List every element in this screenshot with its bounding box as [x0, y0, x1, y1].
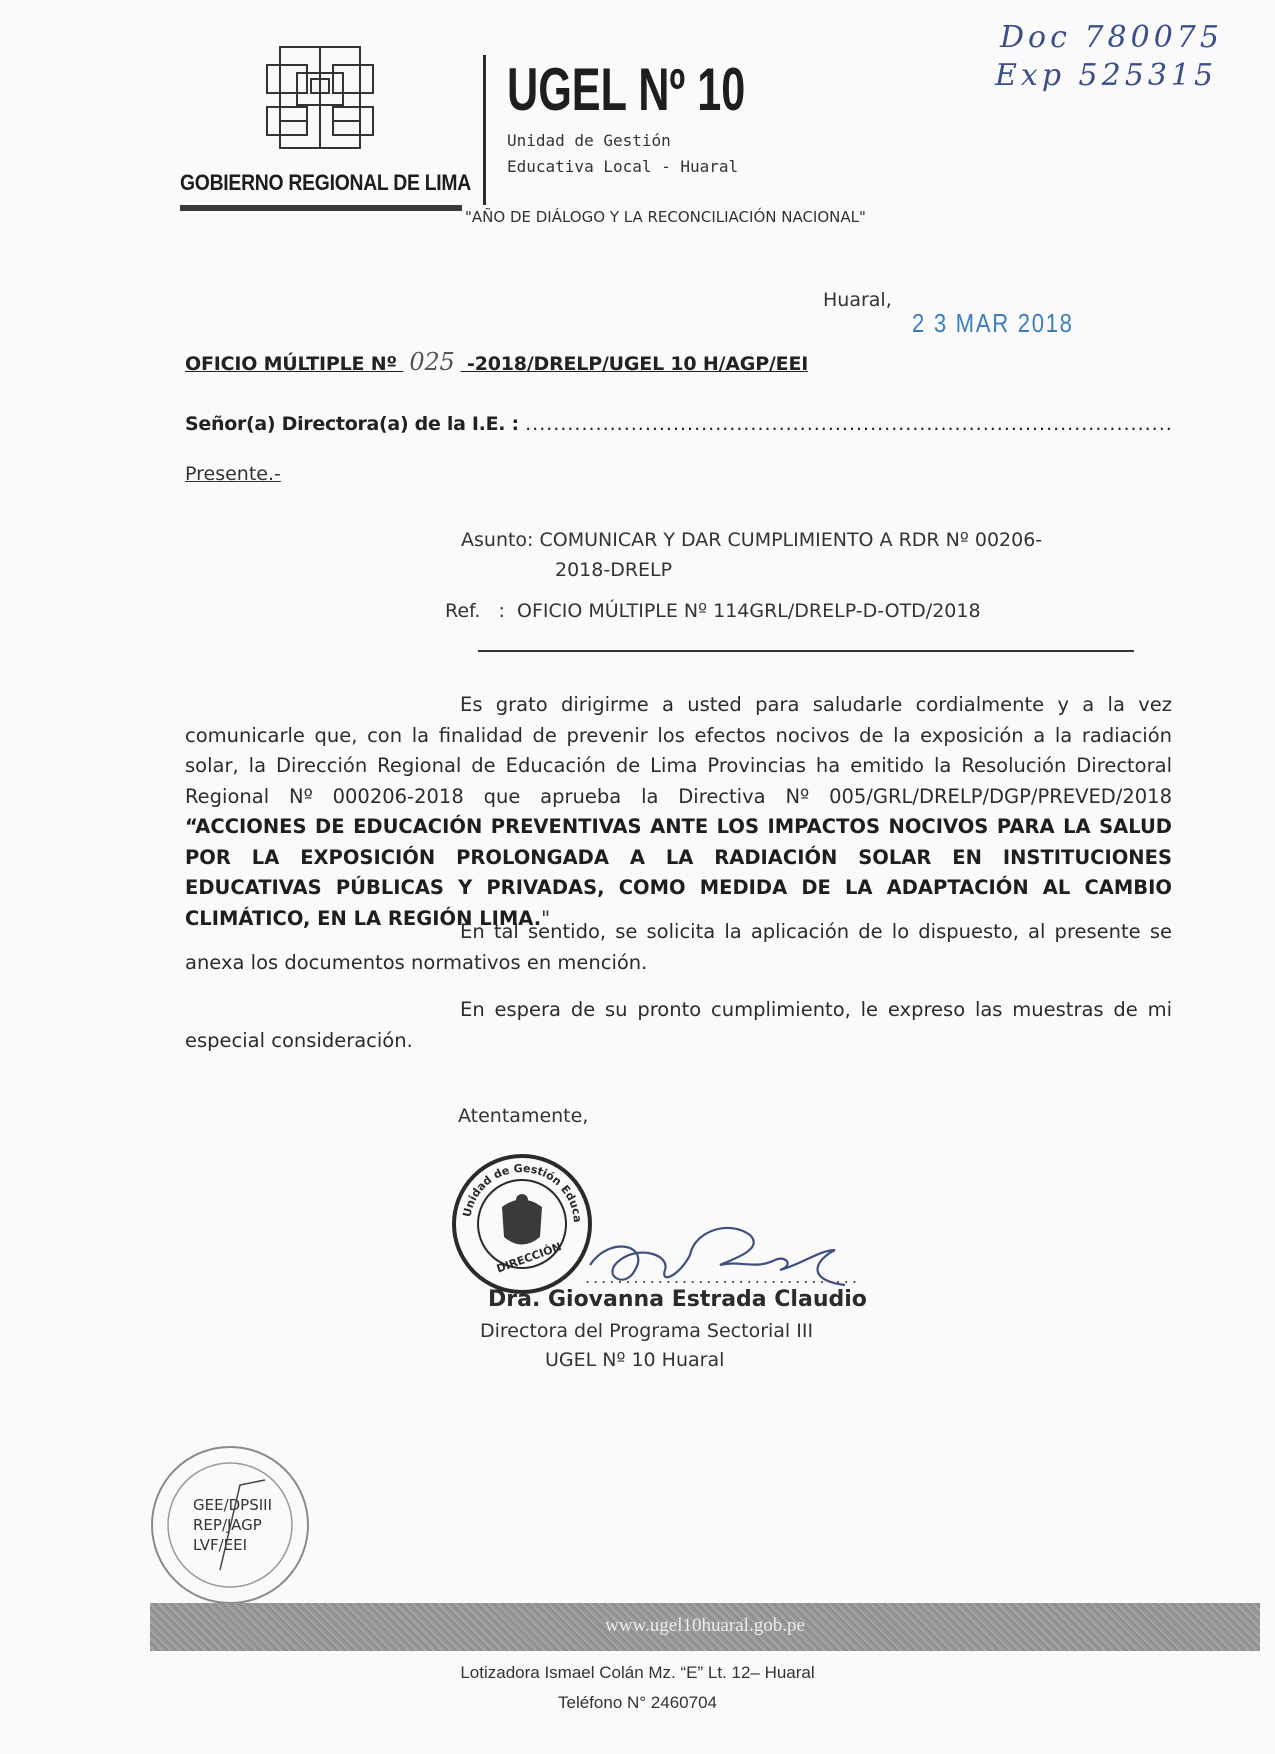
unit-subtitle-line2: Educativa Local - Huaral [507, 154, 738, 180]
footer-bar: www.ugel10huaral.gob.pe [150, 1603, 1260, 1651]
unit-subtitle-line1: Unidad de Gestión [507, 128, 671, 154]
handwritten-exp-number: Exp 525315 [995, 58, 1217, 93]
subject: Asunto: COMUNICAR Y DAR CUMPLIMIENTO A R… [461, 525, 1181, 585]
handwritten-doc-number: Doc 780075 [1000, 20, 1223, 55]
directive-title: “ACCIONES DE EDUCACIÓN PREVENTIVAS ANTE … [185, 815, 1172, 930]
body-paragraph-3: En espera de su pronto cumplimiento, le … [185, 995, 1172, 1056]
ministry-stamp-icon: GEE/DPSIII REP/JAGP LVF/EEI [145, 1440, 315, 1610]
header-underline [180, 205, 462, 211]
signer-name: Dra. Giovanna Estrada Claudio [488, 1287, 867, 1312]
website-link[interactable]: www.ugel10huaral.gob.pe [150, 1615, 1260, 1637]
footer-address: Lotizadora Ismael Colán Mz. “E” Lt. 12– … [0, 1663, 1275, 1683]
footer-phone: Teléfono N° 2460704 [0, 1693, 1275, 1713]
regional-government-logo [265, 45, 375, 150]
signature-line: .................................. [585, 1268, 860, 1287]
svg-text:DIRECCIÓN: DIRECCIÓN [495, 1240, 563, 1275]
subject-line2: 2018-DRELP [461, 555, 1181, 585]
addressee: Señor(a) Directora(a) de la I.E. : .....… [185, 413, 1173, 435]
unit-title: UGEL Nº 10 [507, 58, 745, 122]
svg-text:LVF/EEI: LVF/EEI [193, 1536, 247, 1554]
header-divider [483, 55, 486, 205]
salutation: Presente.- [185, 463, 281, 485]
reference: Ref. : OFICIO MÚLTIPLE Nº 114GRL/DRELP-D… [445, 600, 981, 622]
oficio-suffix: -2018/DRELP/UGEL 10 H/AGP/EEI [467, 353, 808, 375]
signer-role: Directora del Programa Sectorial III [480, 1320, 813, 1342]
year-motto: "AÑO DE DIÁLOGO Y LA RECONCILIACIÓN NACI… [465, 208, 866, 226]
city: Huaral, [823, 289, 892, 311]
reference-underline [478, 650, 1134, 652]
signer-organization: UGEL Nº 10 Huaral [545, 1349, 724, 1371]
direction-seal-icon: Unidad de Gestión Educativa Local DIRECC… [450, 1152, 595, 1297]
received-date-stamp: 2 3 MAR 2018 [912, 308, 1074, 339]
svg-text:REP/JAGP: REP/JAGP [193, 1516, 262, 1534]
org-name: GOBIERNO REGIONAL DE LIMA [180, 170, 471, 196]
body-paragraph-2: En tal sentido, se solicita la aplicació… [185, 917, 1172, 978]
svg-text:GEE/DPSIII: GEE/DPSIII [193, 1496, 272, 1514]
paragraph1-text: Es grato dirigirme a usted para saludarl… [185, 693, 1172, 808]
oficio-number: 025 [409, 348, 454, 376]
addressee-label: Señor(a) Directora(a) de la I.E. : [185, 413, 519, 435]
addressee-blank: ........................................… [525, 413, 1173, 435]
subject-line1: Asunto: COMUNICAR Y DAR CUMPLIMIENTO A R… [461, 529, 1042, 551]
body-paragraph-1: Es grato dirigirme a usted para saludarl… [185, 690, 1172, 934]
closing: Atentamente, [458, 1105, 588, 1127]
document-number: OFICIO MÚLTIPLE Nº 025 -2018/DRELP/UGEL … [185, 348, 808, 376]
oficio-prefix: OFICIO MÚLTIPLE Nº [185, 353, 397, 375]
